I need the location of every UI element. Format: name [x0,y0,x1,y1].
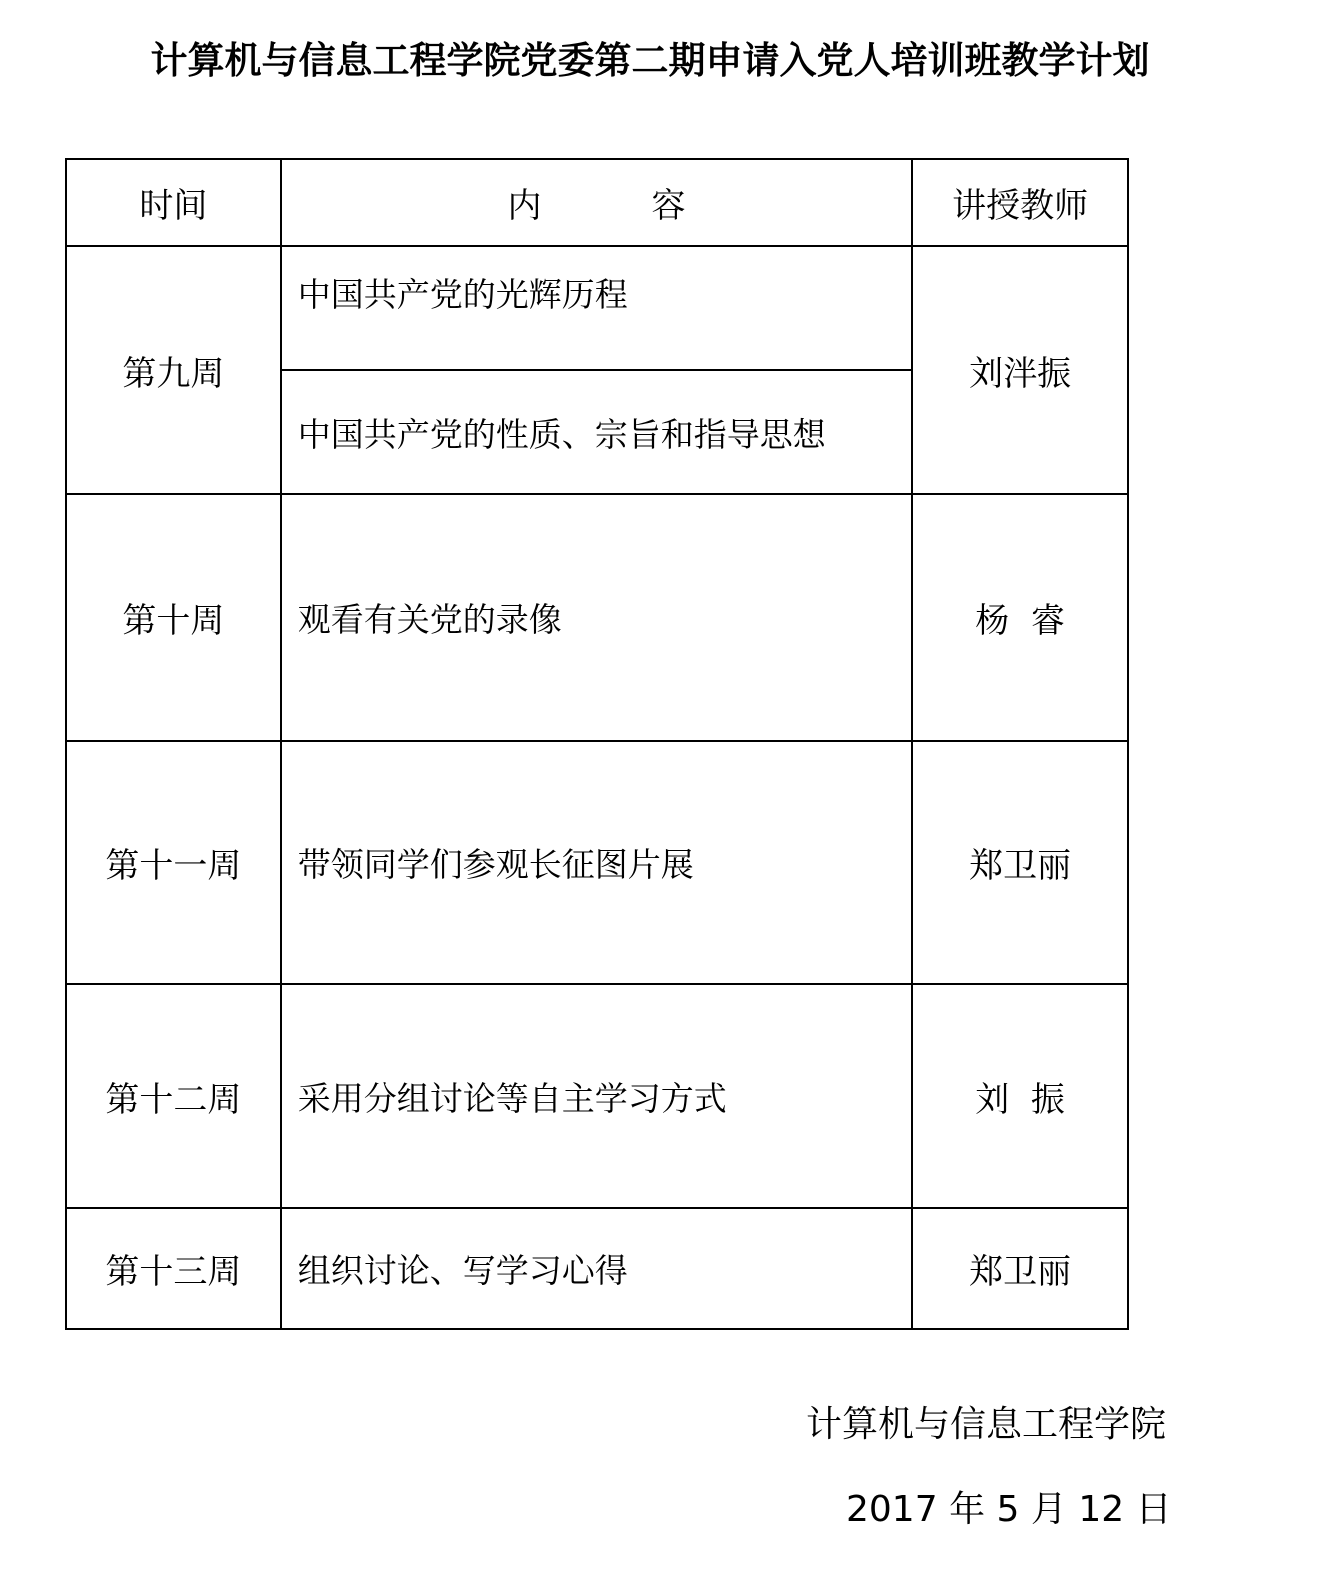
week-cell: 第九周 [66,246,281,494]
teaching-plan-table: 时间 内容 讲授教师 第九周 中国共产党的光辉历程 刘泮振 中国共产党的性质、宗… [65,158,1129,1330]
week-cell: 第十二周 [66,984,281,1208]
content-cell: 观看有关党的录像 [281,494,912,741]
table-row-week-9: 第九周 中国共产党的光辉历程 刘泮振 [66,246,1128,370]
content-cell: 带领同学们参观长征图片展 [281,741,912,984]
date-day: 12 [1078,1489,1124,1530]
teacher-cell: 刘 振 [912,984,1128,1208]
date-year-unit: 年 [949,1489,985,1530]
document-title: 计算机与信息工程学院党委第二期申请入党人培训班教学计划 [0,30,1300,84]
header-time: 时间 [66,159,281,246]
week-cell: 第十周 [66,494,281,741]
teacher-cell: 郑卫丽 [912,741,1128,984]
content-cell: 采用分组讨论等自主学习方式 [281,984,912,1208]
date-month: 5 [997,1489,1020,1530]
teacher-cell: 郑卫丽 [912,1208,1128,1329]
teacher-cell: 刘泮振 [912,246,1128,494]
header-teacher: 讲授教师 [912,159,1128,246]
week-cell: 第十一周 [66,741,281,984]
header-content-left: 内 [507,186,541,226]
content-cell: 组织讨论、写学习心得 [281,1208,912,1329]
table-row-week-11: 第十一周 带领同学们参观长征图片展 郑卫丽 [66,741,1128,984]
header-content-right: 容 [651,186,685,226]
date-month-unit: 月 [1031,1489,1067,1530]
teacher-cell: 杨 睿 [912,494,1128,741]
table-row-week-10: 第十周 观看有关党的录像 杨 睿 [66,494,1128,741]
week-cell: 第十三周 [66,1208,281,1329]
date-day-unit: 日 [1136,1489,1172,1530]
content-cell: 中国共产党的性质、宗旨和指导思想 [281,370,912,494]
date-year: 2017 [846,1489,938,1530]
table-header-row: 时间 内容 讲授教师 [66,159,1128,246]
table-row-week-12: 第十二周 采用分组讨论等自主学习方式 刘 振 [66,984,1128,1208]
table-row-week-13: 第十三周 组织讨论、写学习心得 郑卫丽 [66,1208,1128,1329]
header-content: 内容 [281,159,912,246]
footer-organization: 计算机与信息工程学院 [806,1396,1166,1447]
content-cell: 中国共产党的光辉历程 [281,246,912,370]
footer-date: 2017 年 5 月 12 日 [846,1481,1172,1532]
